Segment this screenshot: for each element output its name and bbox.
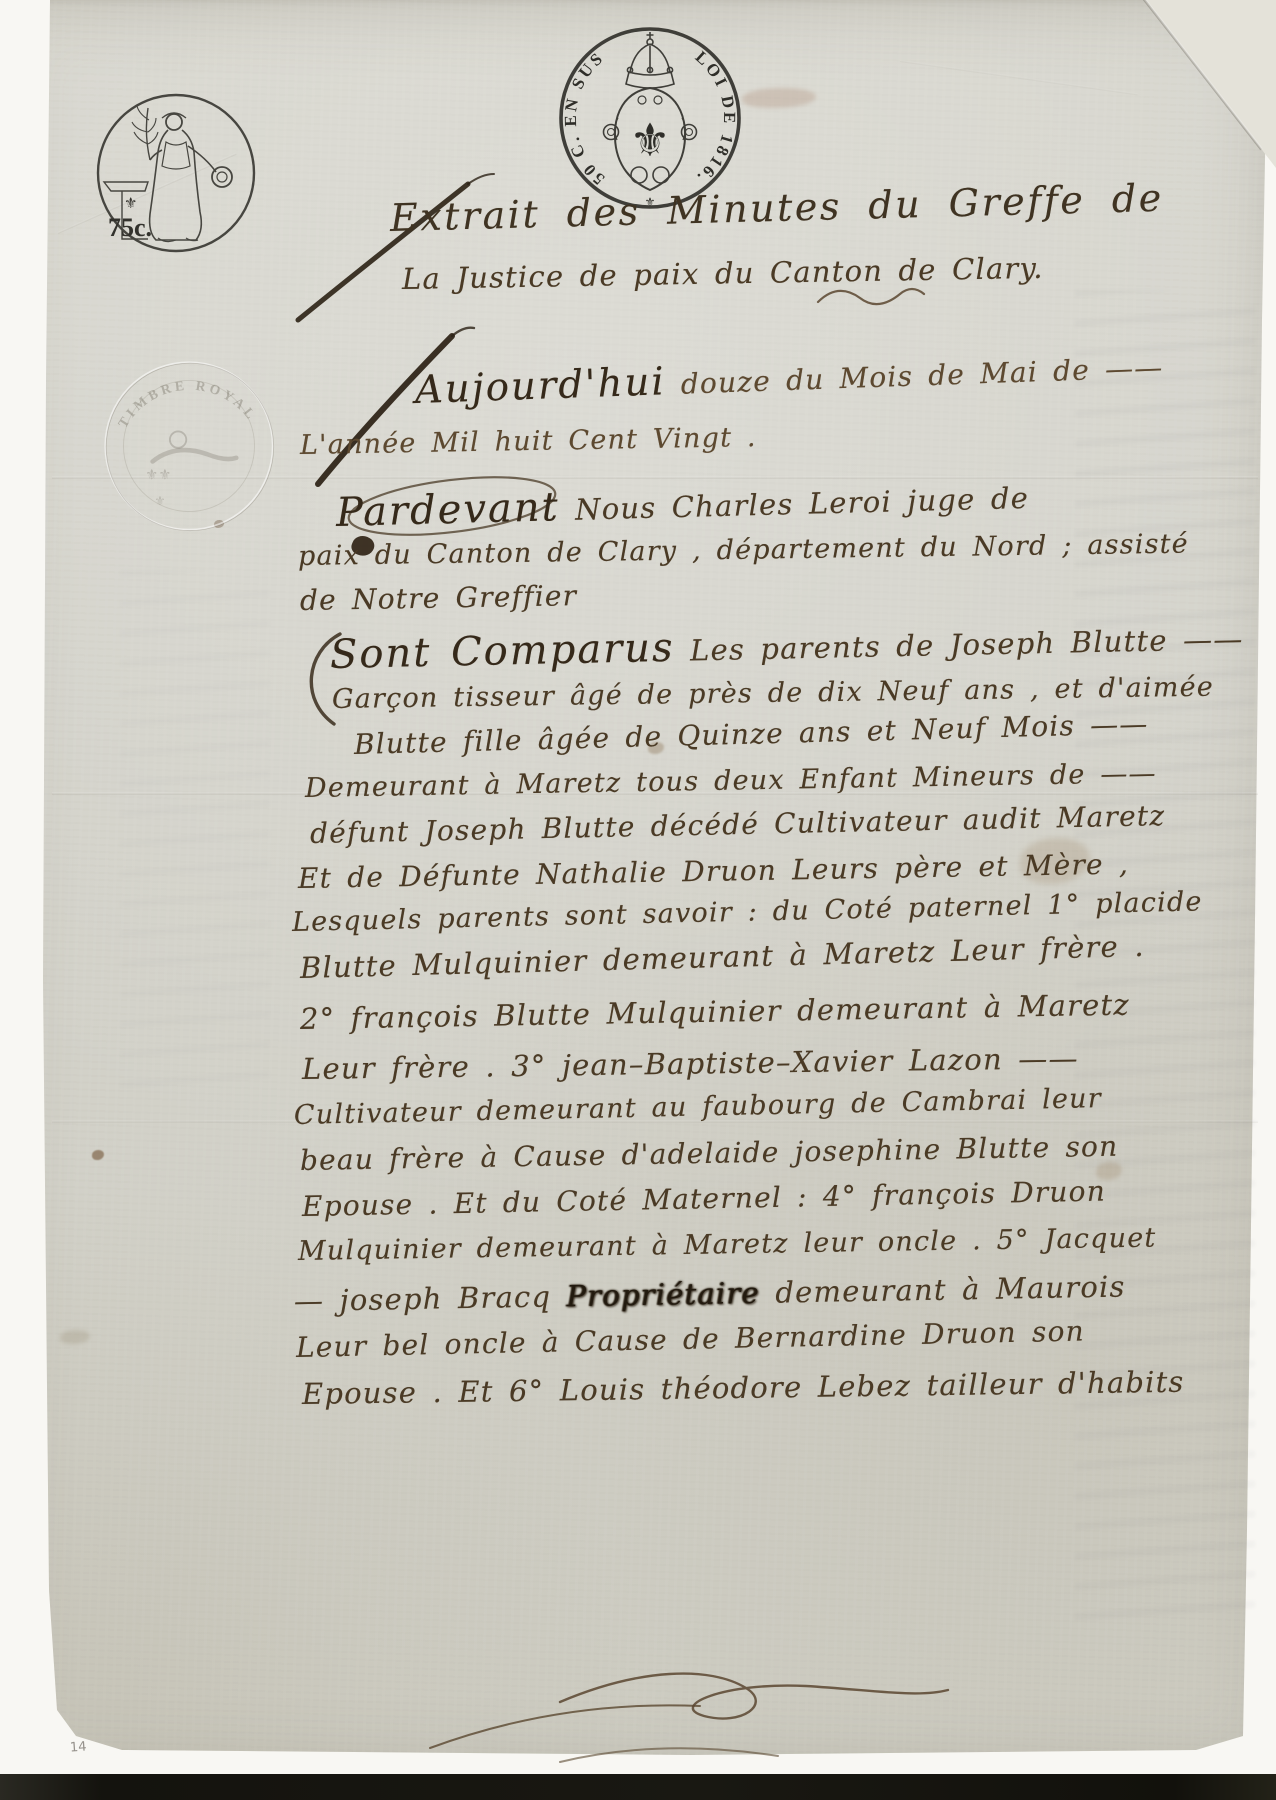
scanned-document-page: { "page": { "kind": "scanned manuscript …: [0, 0, 1276, 1800]
lead-word: Pardevant: [335, 484, 560, 536]
manuscript-line: de Notre Greffier: [300, 579, 578, 617]
lead-word: Sont Comparus: [330, 625, 676, 678]
scanner-edge-strip: [0, 1774, 1276, 1800]
corner-mark: 14: [69, 1739, 87, 1755]
overwritten-word: Propriétaire: [566, 1276, 760, 1313]
lead-word: Aujourd'hui: [414, 359, 666, 413]
